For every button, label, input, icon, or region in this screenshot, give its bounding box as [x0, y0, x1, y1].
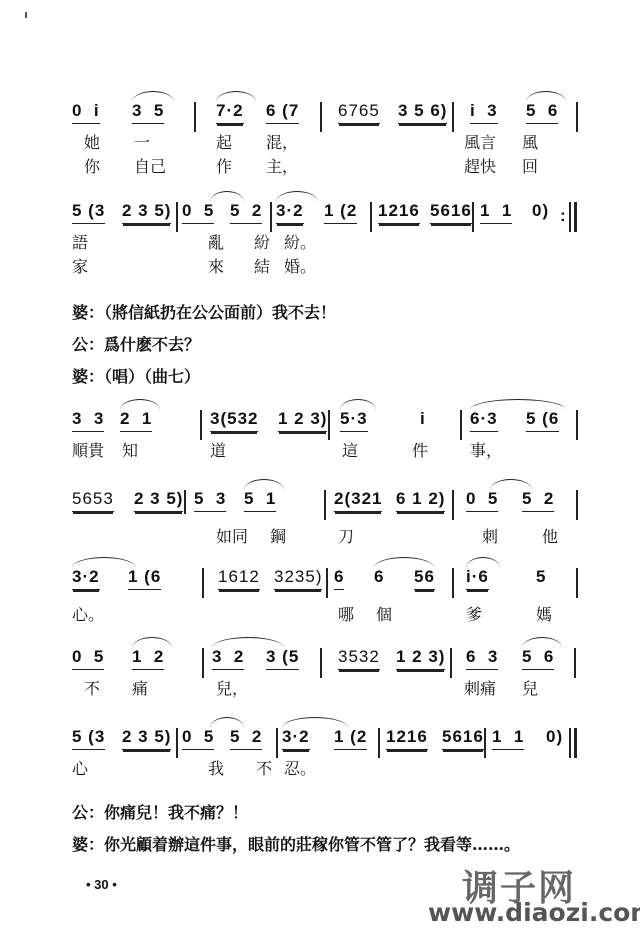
lyric: 刀 [338, 524, 354, 547]
lyrics-line: 不 痛 兒， 刺痛 兒 [70, 676, 580, 700]
bar-line [576, 410, 578, 440]
note-group: 5 (6 [526, 408, 559, 432]
note-group: 0) [532, 200, 549, 223]
lyric: 風 [522, 130, 538, 153]
note-group: 3 3 [72, 408, 104, 432]
dialogue-text: （將信紙扔在公公面前）我不去！ [104, 303, 336, 322]
lyric: 哪 [338, 602, 354, 625]
note-group: 1 (6 [128, 566, 161, 590]
lyrics-line: 心 我 不 忍。 [70, 756, 580, 780]
note-group: 0 5 [72, 646, 104, 670]
note-group: 6 [374, 566, 384, 589]
note-group: 5 1 [244, 488, 276, 512]
note-group: 56 [414, 566, 435, 590]
note-group: 3(532 [210, 408, 258, 432]
lyrics-line: 如同 鋼 刀 刺 他 [70, 524, 580, 548]
music-system-6: 0 5 1 2 3 2 3 (5 3532 1 2 3) 6 3 5 6 不 痛… [70, 646, 580, 700]
speaker: 婆： [72, 835, 104, 854]
note-group: 5653 [72, 488, 114, 512]
note-group: i [420, 408, 426, 431]
bar-line [320, 102, 322, 132]
lyric: 刺 [482, 524, 498, 547]
notes-line: 0 5 1 2 3 2 3 (5 3532 1 2 3) 6 3 5 6 [70, 646, 580, 676]
note-group: 3·2 [276, 200, 304, 224]
note-group: 0 5 [182, 200, 214, 224]
lyric: 心 [72, 756, 88, 779]
bar-line [452, 568, 454, 598]
bar-line [200, 410, 202, 440]
notes-line: 5653 2 3 5) 5 3 5 1 2(321 6 1 2) 0 5 5 2 [70, 488, 580, 518]
note-group: 0 5 [182, 726, 214, 750]
note-group: 3·2 [72, 566, 100, 590]
lyric: 忍。 [284, 756, 316, 779]
note-group: 1216 [386, 726, 428, 750]
note-group: 1 1 [492, 726, 524, 750]
lyric: 混， [266, 130, 298, 153]
lyric: 起 [216, 130, 232, 153]
lyric: 紛 [254, 230, 270, 253]
bar-line [574, 648, 576, 678]
bar-line [270, 202, 272, 232]
note-group: 6 3 [466, 646, 498, 670]
dialogue-line: 公：爲什麽不去？ [72, 332, 200, 355]
bar-line [378, 728, 380, 758]
speaker: 公： [72, 335, 104, 354]
note-group: 5 2 [522, 488, 554, 512]
bar-line [176, 202, 178, 232]
lyric: 你 [84, 154, 100, 177]
lyric: 一 [134, 130, 150, 153]
lyric: 回 [522, 154, 538, 177]
bar-line [472, 202, 474, 232]
lyrics-verse-1: 語 亂 紛 紛。 [70, 230, 580, 254]
bar-line [484, 728, 486, 758]
lyric: 如同 [216, 524, 248, 547]
lyric: 來 [208, 254, 224, 277]
page-number: • 30 • [86, 877, 117, 892]
lyric: 這 [342, 438, 358, 461]
dialogue-text: （唱）（曲七） [104, 367, 200, 386]
music-system-3: 3 3 2 1 3(532 1 2 3) 5·3 i 6·3 5 (6 順貴 知… [70, 408, 580, 462]
lyric: 鋼 [270, 524, 286, 547]
speaker: 公： [72, 803, 104, 822]
speaker: 婆： [72, 367, 104, 386]
note-group: 1 (2 [324, 200, 357, 224]
bar-line [452, 490, 454, 520]
watermark-url: www.diaozi.com [428, 898, 640, 927]
lyric: 紛。 [284, 230, 316, 253]
note-group: 1 2 [132, 646, 164, 670]
bar-line [460, 410, 462, 440]
lyric: 家 [72, 254, 88, 277]
lyrics-verse-2: 你 自己 作 主， 趕快 回 [70, 154, 580, 178]
note-group: 3 (5 [266, 646, 299, 670]
note-group: 3235) [274, 566, 322, 590]
bar-line [202, 648, 204, 678]
score-page: 0 i 3 5 7·2 6 (7 6765 3 5 6) i 3 5 6 她 一… [0, 0, 640, 931]
end-repeat-bar [574, 202, 577, 232]
notes-line: 3 3 2 1 3(532 1 2 3) 5·3 i 6·3 5 (6 [70, 408, 580, 438]
note-group: 5·3 [340, 408, 368, 432]
bar-line [576, 568, 578, 598]
note-group: 2 1 [120, 408, 152, 432]
note-group: 5 (3 [72, 200, 105, 224]
note-group: 5616 [442, 726, 484, 750]
note-group: 1612 [218, 566, 260, 590]
lyrics-verse-2: 家 來 結 婚。 [70, 254, 580, 278]
lyric: 她 [84, 130, 100, 153]
note-group: 7·2 [216, 100, 244, 124]
note-group: 3 2 [212, 646, 244, 670]
lyric: 媽 [536, 602, 552, 625]
notes-line: 5 (3 2 3 5) 0 5 5 2 3·2 1 (2 1216 5616 1… [70, 200, 580, 230]
dialogue-line: 婆：（將信紙扔在公公面前）我不去！ [72, 300, 336, 323]
bar-line [326, 568, 328, 598]
lyric: 趕快 [464, 154, 496, 177]
note-group: 1 2 3) [278, 408, 327, 432]
final-bar [574, 728, 577, 758]
bar-line [328, 410, 330, 440]
note-group: 1 1 [480, 200, 512, 224]
bar-line [324, 490, 326, 520]
bar-line [576, 490, 578, 520]
lyric: 知 [122, 438, 138, 461]
bar-line [452, 102, 454, 132]
lyrics-line: 順貴 知 道 這 件 事， [70, 438, 580, 462]
note-group: 2 3 5) [122, 726, 171, 750]
note-group: 2(321 [334, 488, 382, 512]
note-group: 2 3 5) [122, 200, 171, 224]
dialogue-text: 你痛兒！我不痛？！ [104, 803, 248, 822]
lyric: 自己 [134, 154, 166, 177]
lyrics-line: 心。 哪 個 爹 媽 [70, 602, 580, 626]
note-group: 5 3 [194, 488, 226, 512]
lyric: 作 [216, 154, 232, 177]
dialogue-line: 公：你痛兒！我不痛？！ [72, 800, 248, 823]
music-system-7: 5 (3 2 3 5) 0 5 5 2 3·2 1 (2 1216 5616 1… [70, 726, 580, 780]
note-group: 5 [536, 566, 546, 589]
note-group: 6·3 [470, 408, 498, 432]
note-group: 0 i [72, 100, 100, 124]
note-group: i 3 [470, 100, 498, 124]
note-group: 6 1 2) [396, 488, 445, 512]
lyric: 兒， [216, 676, 248, 699]
lyric: 順貴 [72, 438, 104, 461]
bar-line [576, 102, 578, 132]
lyric: 兒 [522, 676, 538, 699]
dialogue-line: 婆：你光顧着辦這件事，眼前的莊稼你管不管了？我看等……。 [72, 832, 520, 855]
music-system-2: 5 (3 2 3 5) 0 5 5 2 3·2 1 (2 1216 5616 1… [70, 200, 580, 278]
bar-line [202, 568, 204, 598]
note-group: 1216 [378, 200, 420, 224]
scan-mark [25, 12, 27, 18]
note-group: 6 [334, 566, 344, 590]
note-group: 5 2 [230, 726, 262, 750]
lyric: 結 [254, 254, 270, 277]
note-group: 5 2 [230, 200, 262, 224]
lyric: 我 [208, 756, 224, 779]
music-system-5: 3·2 1 (6 1612 3235) 6 6 56 i·6 5 心。 哪 個 … [70, 566, 580, 626]
music-system-4: 5653 2 3 5) 5 3 5 1 2(321 6 1 2) 0 5 5 2… [70, 488, 580, 548]
dialogue-line: 婆：（唱）（曲七） [72, 364, 200, 387]
note-group: 6765 [338, 100, 380, 124]
lyric: 刺痛 [464, 676, 496, 699]
lyric: 個 [376, 602, 392, 625]
note-group: 5 6 [522, 646, 554, 670]
lyric: 事， [470, 438, 502, 461]
lyric: 亂 [208, 230, 224, 253]
note-group: i·6 [466, 566, 489, 590]
note-group: 5616 [430, 200, 472, 224]
repeat-sign: : [560, 206, 566, 226]
bar-line [450, 648, 452, 678]
lyrics-verse-1: 她 一 起 混， 風言 風 [70, 130, 580, 154]
bar-line [276, 728, 278, 758]
bar-line [370, 202, 372, 232]
dialogue-text: 爲什麽不去？ [104, 335, 200, 354]
lyric: 他 [542, 524, 558, 547]
bar-line [194, 102, 196, 132]
music-system-1: 0 i 3 5 7·2 6 (7 6765 3 5 6) i 3 5 6 她 一… [70, 100, 580, 178]
lyric: 不 [256, 756, 272, 779]
bar-line [176, 728, 178, 758]
note-group: 6 (7 [266, 100, 299, 124]
lyric: 不 [84, 676, 100, 699]
note-group: 3 5 [132, 100, 164, 124]
note-group: 1 2 3) [396, 646, 445, 670]
lyric: 心。 [72, 602, 104, 625]
note-group: 0) [546, 726, 563, 749]
note-group: 0 5 [466, 488, 498, 512]
note-group: 1 (2 [334, 726, 367, 750]
note-group: 3 5 6) [398, 100, 447, 124]
note-group: 5 (3 [72, 726, 105, 750]
note-group: 2 3 5) [134, 488, 183, 512]
notes-line: 5 (3 2 3 5) 0 5 5 2 3·2 1 (2 1216 5616 1… [70, 726, 580, 756]
lyric: 道 [210, 438, 226, 461]
lyric: 語 [72, 230, 88, 253]
notes-line: 3·2 1 (6 1612 3235) 6 6 56 i·6 5 [70, 566, 580, 596]
note-group: 3·2 [282, 726, 310, 750]
lyric: 件 [412, 438, 428, 461]
note-group: 5 6 [526, 100, 558, 124]
note-group: 3532 [338, 646, 380, 670]
lyric: 婚。 [284, 254, 316, 277]
bar-line [320, 648, 322, 678]
notes-line: 0 i 3 5 7·2 6 (7 6765 3 5 6) i 3 5 6 [70, 100, 580, 130]
bar-line-dashed [184, 490, 186, 514]
lyric: 主， [266, 154, 298, 177]
speaker: 婆： [72, 303, 104, 322]
dialogue-text: 你光顧着辦這件事，眼前的莊稼你管不管了？我看等……。 [104, 835, 520, 854]
lyric: 風言 [464, 130, 496, 153]
lyric: 痛 [132, 676, 148, 699]
lyric: 爹 [466, 602, 482, 625]
